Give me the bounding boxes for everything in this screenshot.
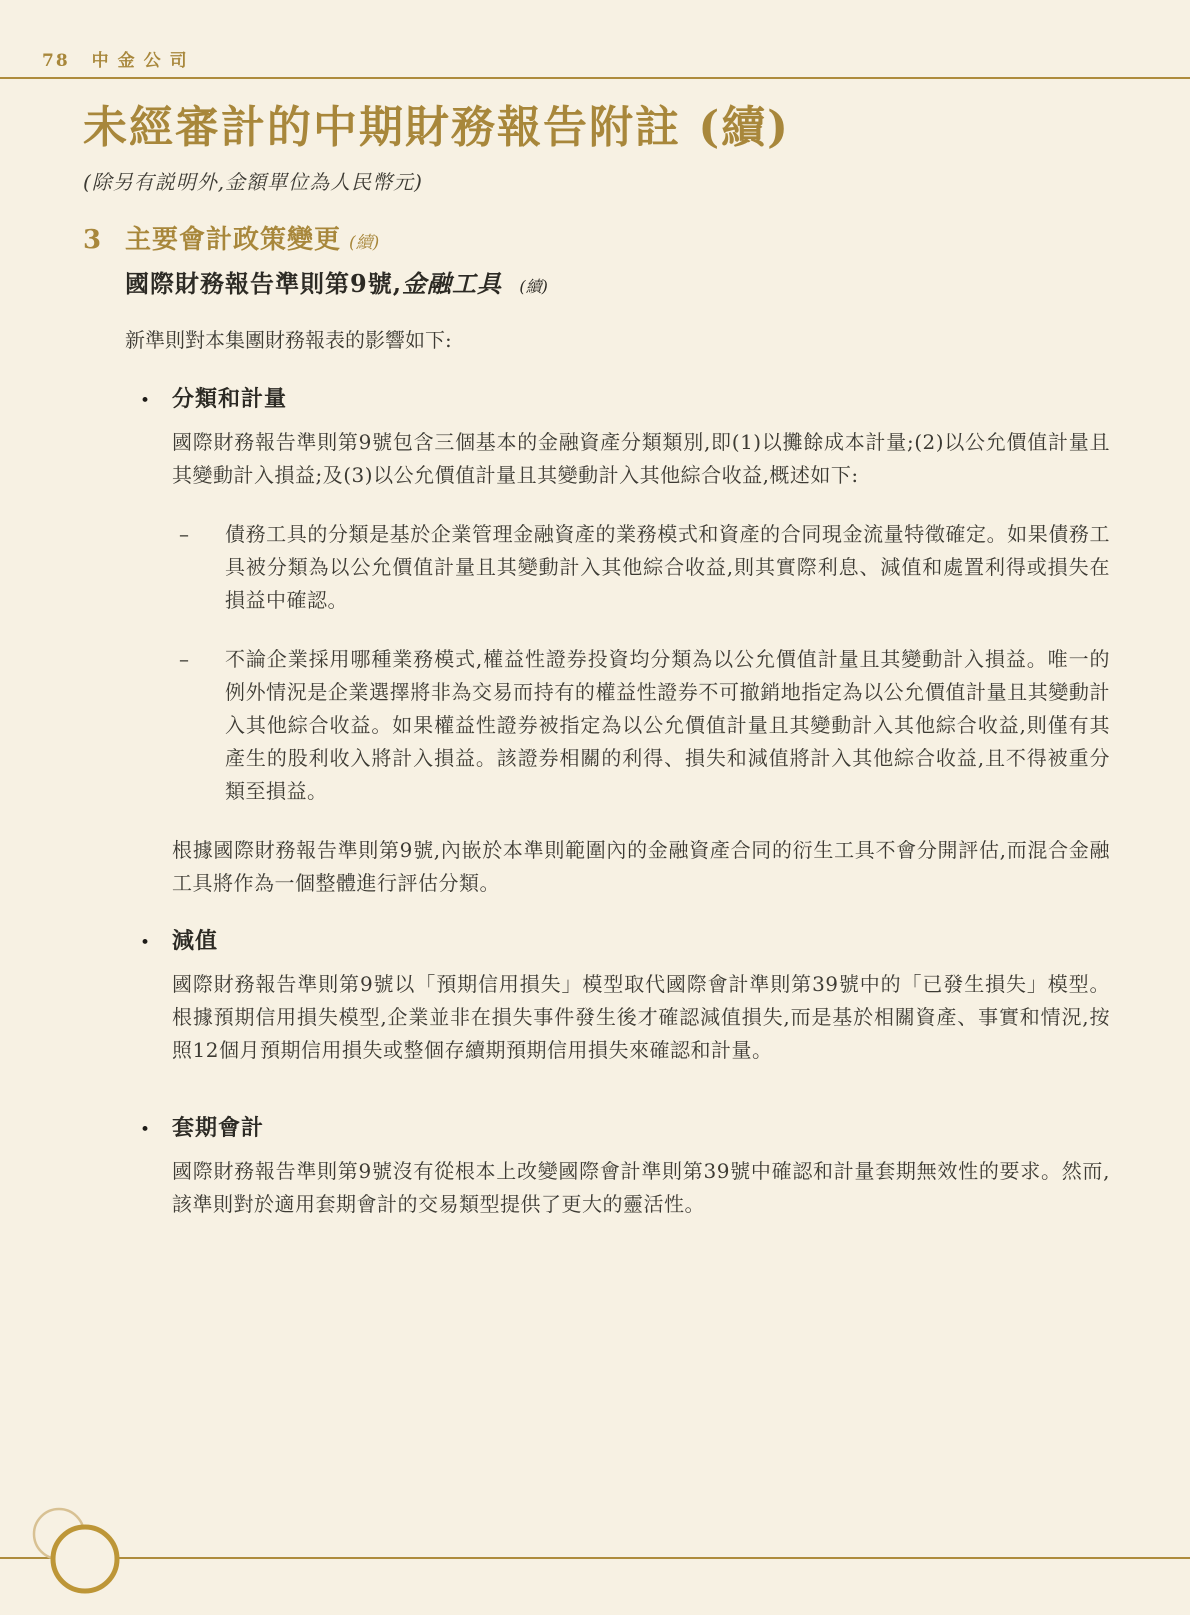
decorative-circles xyxy=(0,1493,1190,1615)
continued-suffix: (續) xyxy=(519,277,548,296)
dash-item-text: 債務工具的分類是基於企業管理金融資產的業務模式和資產的合同現金流量特徵確定。如果… xyxy=(225,518,1110,617)
dash-icon: – xyxy=(172,643,225,808)
subheading-italic: 金融工具 xyxy=(402,269,502,298)
currency-note: (除另有説明外,金額單位為人民幣元) xyxy=(83,168,1110,196)
bullet-heading: 分類和計量 xyxy=(172,384,287,414)
bullet-icon: • xyxy=(140,1120,172,1140)
bullet-section-classification: • 分類和計量 國際財務報告準則第9號包含三個基本的金融資產分類類別,即(1)以… xyxy=(172,384,1110,900)
page-number: 78 xyxy=(42,51,70,71)
paragraph: 國際財務報告準則第9號包含三個基本的金融資產分類類別,即(1)以攤餘成本計量;(… xyxy=(172,426,1110,492)
bullet-heading-row: • 減值 xyxy=(172,926,1110,956)
dash-item: – 不論企業採用哪種業務模式,權益性證券投資均分類為以公允價值計量且其變動計入損… xyxy=(172,643,1110,808)
paragraph: 國際財務報告準則第9號沒有從根本上改變國際會計準則第39號中確認和計量套期無效性… xyxy=(172,1155,1110,1221)
page-content: 未經審計的中期財務報告附註 (續) (除另有説明外,金額單位為人民幣元) 3 主… xyxy=(83,0,1110,1221)
continued-suffix: (續) xyxy=(349,233,379,253)
dash-item: – 債務工具的分類是基於企業管理金融資產的業務模式和資產的合同現金流量特徵確定。… xyxy=(172,518,1110,617)
bullet-section-impairment: • 減值 國際財務報告準則第9號以「預期信用損失」模型取代國際會計準則第39號中… xyxy=(172,926,1110,1067)
section-number: 3 xyxy=(83,222,125,258)
bullet-heading: 減值 xyxy=(172,926,218,956)
ifrs9-subheading: 國際財務報告準則第9號,金融工具 (續) xyxy=(125,267,1110,304)
bullet-heading-row: • 套期會計 xyxy=(172,1113,1110,1143)
large-circle xyxy=(53,1527,117,1591)
page-title: 未經審計的中期財務報告附註 (續) xyxy=(83,100,1110,156)
bullet-heading-row: • 分類和計量 xyxy=(172,384,1110,414)
section-heading: 3 主要會計政策變更(續) xyxy=(83,222,1110,261)
section-heading-text: 主要會計政策變更(續) xyxy=(125,222,379,261)
bullet-heading: 套期會計 xyxy=(172,1113,264,1143)
subheading-main: 國際財務報告準則第9號, xyxy=(125,269,402,298)
dash-item-text: 不論企業採用哪種業務模式,權益性證券投資均分類為以公允價值計量且其變動計入損益。… xyxy=(225,643,1110,808)
document-page: 78 中金公司 未經審計的中期財務報告附註 (續) (除另有説明外,金額單位為人… xyxy=(0,0,1190,1615)
paragraph: 國際財務報告準則第9號以「預期信用損失」模型取代國際會計準則第39號中的「已發生… xyxy=(172,968,1110,1067)
bullet-icon: • xyxy=(140,391,172,411)
paragraph: 根據國際財務報告準則第9號,內嵌於本準則範圍內的金融資產合同的衍生工具不會分開評… xyxy=(172,834,1110,900)
dash-icon: – xyxy=(172,518,225,617)
intro-paragraph: 新準則對本集團財務報表的影響如下: xyxy=(125,324,1110,356)
bullet-icon: • xyxy=(140,933,172,953)
bullet-section-hedge-accounting: • 套期會計 國際財務報告準則第9號沒有從根本上改變國際會計準則第39號中確認和… xyxy=(172,1113,1110,1221)
